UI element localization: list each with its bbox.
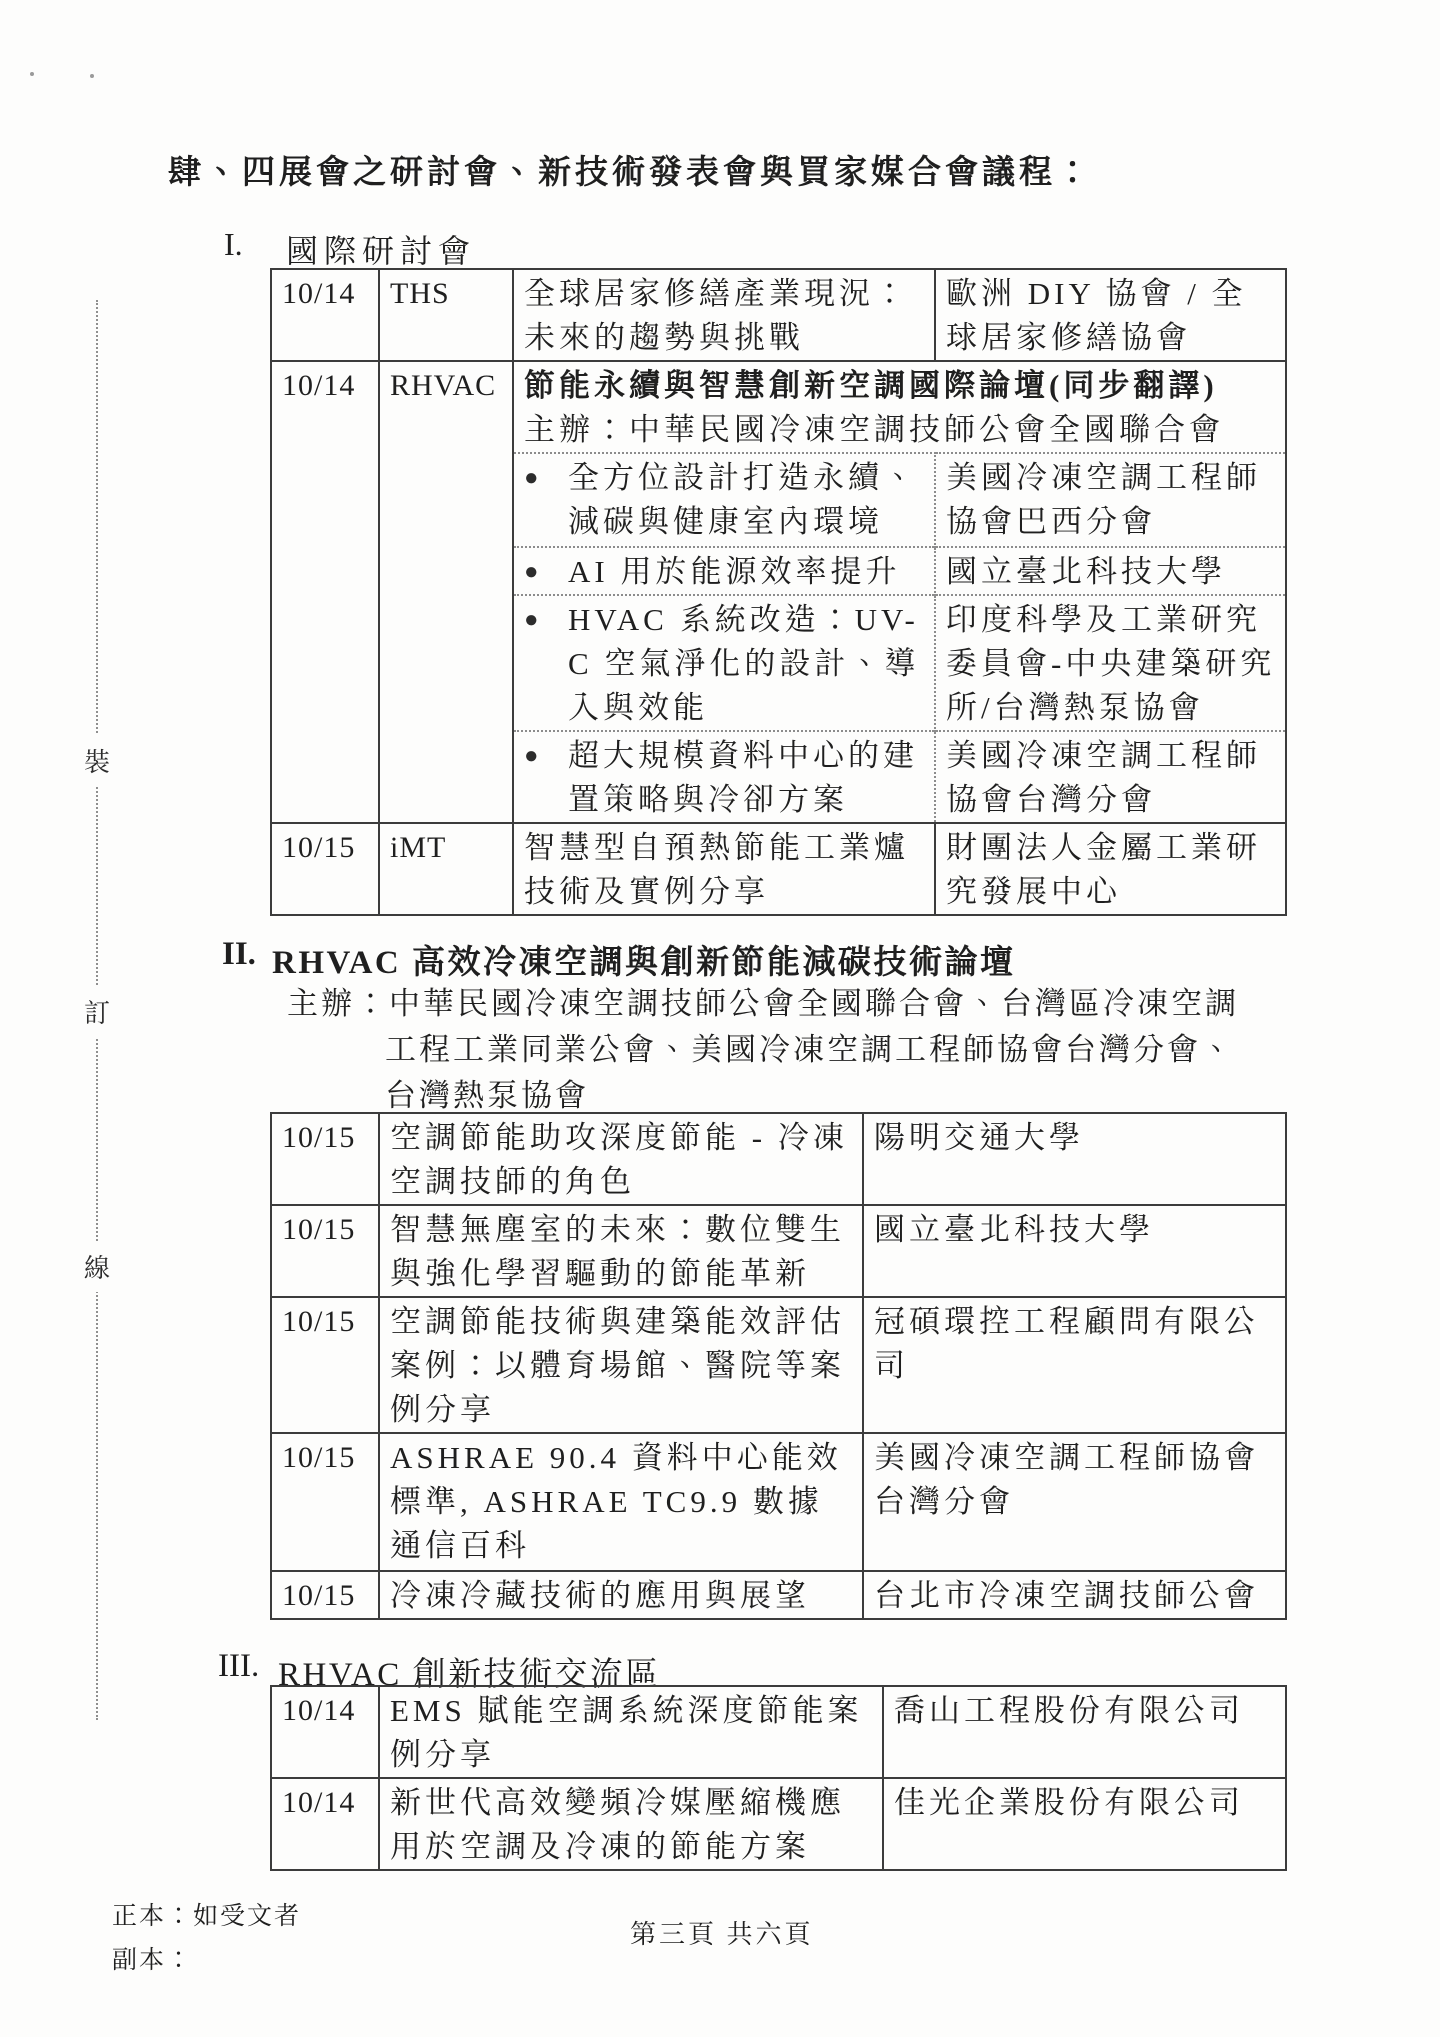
organizer-line: 工程工業同業公會、美國冷凍空調工程師協會台灣分會、 [385,1028,1235,1072]
table-row: 10/14 THS 全球居家修繕產業現況：未來的趨勢與挑戰 歐洲 DIY 協會 … [271,269,1286,361]
cell-topic: 空調節能助攻深度節能 - 冷凍空調技師的角色 [379,1113,863,1205]
cell-presenter: 喬山工程股份有限公司 [883,1686,1286,1778]
cell-org-code: RHVAC [379,361,513,823]
cell-presenter: 美國冷凍空調工程師協會台灣分會 [863,1433,1286,1571]
binding-mark-zhuang: 裝 [82,735,112,786]
cell-org-code: iMT [379,823,513,915]
cell-topic: 智慧無塵室的未來：數位雙生與強化學習驅動的節能革新 [379,1205,863,1297]
table-row: 10/14 新世代高效變頻冷媒壓縮機應用於空調及冷凍的節能方案 佳光企業股份有限… [271,1778,1286,1870]
table-row: 10/15 空調節能技術與建築能效評估案例：以體育場館、醫院等案例分享 冠碩環控… [271,1297,1286,1433]
cell-presenter: 國立臺北科技大學 [935,547,1286,595]
cell-topic: 全球居家修繕產業現況：未來的趨勢與挑戰 [513,269,935,361]
cell-presenter: 佳光企業股份有限公司 [883,1778,1286,1870]
cell-date: 10/15 [271,823,379,915]
bullet-icon: ● [524,456,568,544]
page-indicator: 第三頁 共六頁 [630,1914,814,1951]
cell-date: 10/14 [271,1778,379,1870]
cell-date: 10/15 [271,1433,379,1571]
cell-topic: ASHRAE 90.4 資料中心能效標準, ASHRAE TC9.9 數據通信百… [379,1433,863,1571]
cell-topic: 冷凍冷藏技術的應用與展望 [379,1571,863,1619]
scan-speck [30,72,34,76]
cell-topic: EMS 賦能空調系統深度節能案例分享 [379,1686,883,1778]
cell-org-code: THS [379,269,513,361]
cell-date: 10/15 [271,1205,379,1297]
innovation-exchange-table: 10/14 EMS 賦能空調系統深度節能案例分享 喬山工程股份有限公司 10/1… [270,1685,1287,1871]
topic-text: AI 用於能源效率提升 [568,550,926,594]
organizer-line: 主辦：中華民國冷凍空調技師公會全國聯合會、台灣區冷凍空調 [287,982,1239,1026]
bullet-icon: ● [524,598,568,730]
cell-date: 10/15 [271,1297,379,1433]
topic-text: 全方位設計打造永續、減碳與健康室內環境 [568,456,926,544]
cell-presenter: 歐洲 DIY 協會 / 全球居家修繕協會 [935,269,1286,361]
cell-topic: ● 全方位設計打造永續、減碳與健康室內環境 [513,453,935,547]
table-row: 10/14 RHVAC 節能永續與智慧創新空調國際論壇(同步翻譯) 主辦：中華民… [271,361,1286,453]
bullet-icon: ● [524,734,568,822]
cell-date: 10/14 [271,361,379,823]
table-row: 10/15 ASHRAE 90.4 資料中心能效標準, ASHRAE TC9.9… [271,1433,1286,1571]
cell-presenter: 國立臺北科技大學 [863,1205,1286,1297]
rhvac-forum-table: 10/15 空調節能助攻深度節能 - 冷凍空調技師的角色 陽明交通大學 10/1… [270,1112,1287,1620]
forum-organizer: 主辦：中華民國冷凍空調技師公會全國聯合會 [524,408,1277,452]
table-row: 10/14 EMS 賦能空調系統深度節能案例分享 喬山工程股份有限公司 [271,1686,1286,1778]
section-3-label: III. [218,1648,259,1685]
bullet-icon: ● [524,550,568,594]
scan-speck [90,74,94,78]
topic-text: 超大規模資料中心的建置策略與冷卻方案 [568,734,926,822]
cell-topic: ● AI 用於能源效率提升 [513,547,935,595]
cell-presenter: 冠碩環控工程顧問有限公司 [863,1297,1286,1433]
cell-presenter: 美國冷凍空調工程師協會巴西分會 [935,453,1286,547]
cell-topic: ● HVAC 系統改造：UV-C 空氣淨化的設計、導入與效能 [513,595,935,731]
document-heading: 肆、四展會之研討會、新技術發表會與買家媒合會議程： [168,146,1093,193]
footer-copy-label: 副本： [112,1940,193,1976]
topic-text: HVAC 系統改造：UV-C 空氣淨化的設計、導入與效能 [568,598,926,730]
cell-date: 10/15 [271,1571,379,1619]
section-2-label: II. [222,936,256,973]
section-2-title: RHVAC 高效冷凍空調與創新節能減碳技術論壇 [272,936,1016,983]
cell-topic: 空調節能技術與建築能效評估案例：以體育場館、醫院等案例分享 [379,1297,863,1433]
cell-topic: 智慧型自預熱節能工業爐技術及實例分享 [513,823,935,915]
cell-forum-header: 節能永續與智慧創新空調國際論壇(同步翻譯) 主辦：中華民國冷凍空調技師公會全國聯… [513,361,1286,453]
cell-presenter: 財團法人金屬工業研究發展中心 [935,823,1286,915]
table-row: 10/15 iMT 智慧型自預熱節能工業爐技術及實例分享 財團法人金屬工業研究發… [271,823,1286,915]
cell-presenter: 印度科學及工業研究委員會-中央建築研究所/台灣熱泵協會 [935,595,1286,731]
cell-presenter: 台北市冷凍空調技師公會 [863,1571,1286,1619]
cell-date: 10/15 [271,1113,379,1205]
cell-presenter: 美國冷凍空調工程師協會台灣分會 [935,731,1286,823]
cell-date: 10/14 [271,269,379,361]
cell-presenter: 陽明交通大學 [863,1113,1286,1205]
document-page: 裝 訂 線 肆、四展會之研討會、新技術發表會與買家媒合會議程： I. 國際研討會… [0,0,1440,2037]
cell-topic: ● 超大規模資料中心的建置策略與冷卻方案 [513,731,935,823]
table-row: 10/15 冷凍冷藏技術的應用與展望 台北市冷凍空調技師公會 [271,1571,1286,1619]
section-1-label: I. [224,226,243,263]
binding-mark-ding: 訂 [82,986,112,1037]
binding-mark-xian: 線 [82,1241,112,1292]
section-1-title: 國際研討會 [286,226,476,272]
forum-title: 節能永續與智慧創新空調國際論壇(同步翻譯) [524,364,1277,408]
international-seminar-table: 10/14 THS 全球居家修繕產業現況：未來的趨勢與挑戰 歐洲 DIY 協會 … [270,268,1287,916]
table-row: 10/15 智慧無塵室的未來：數位雙生與強化學習驅動的節能革新 國立臺北科技大學 [271,1205,1286,1297]
cell-date: 10/14 [271,1686,379,1778]
cell-topic: 新世代高效變頻冷媒壓縮機應用於空調及冷凍的節能方案 [379,1778,883,1870]
table-row: 10/15 空調節能助攻深度節能 - 冷凍空調技師的角色 陽明交通大學 [271,1113,1286,1205]
footer-original-label: 正本：如受文者 [112,1896,301,1932]
